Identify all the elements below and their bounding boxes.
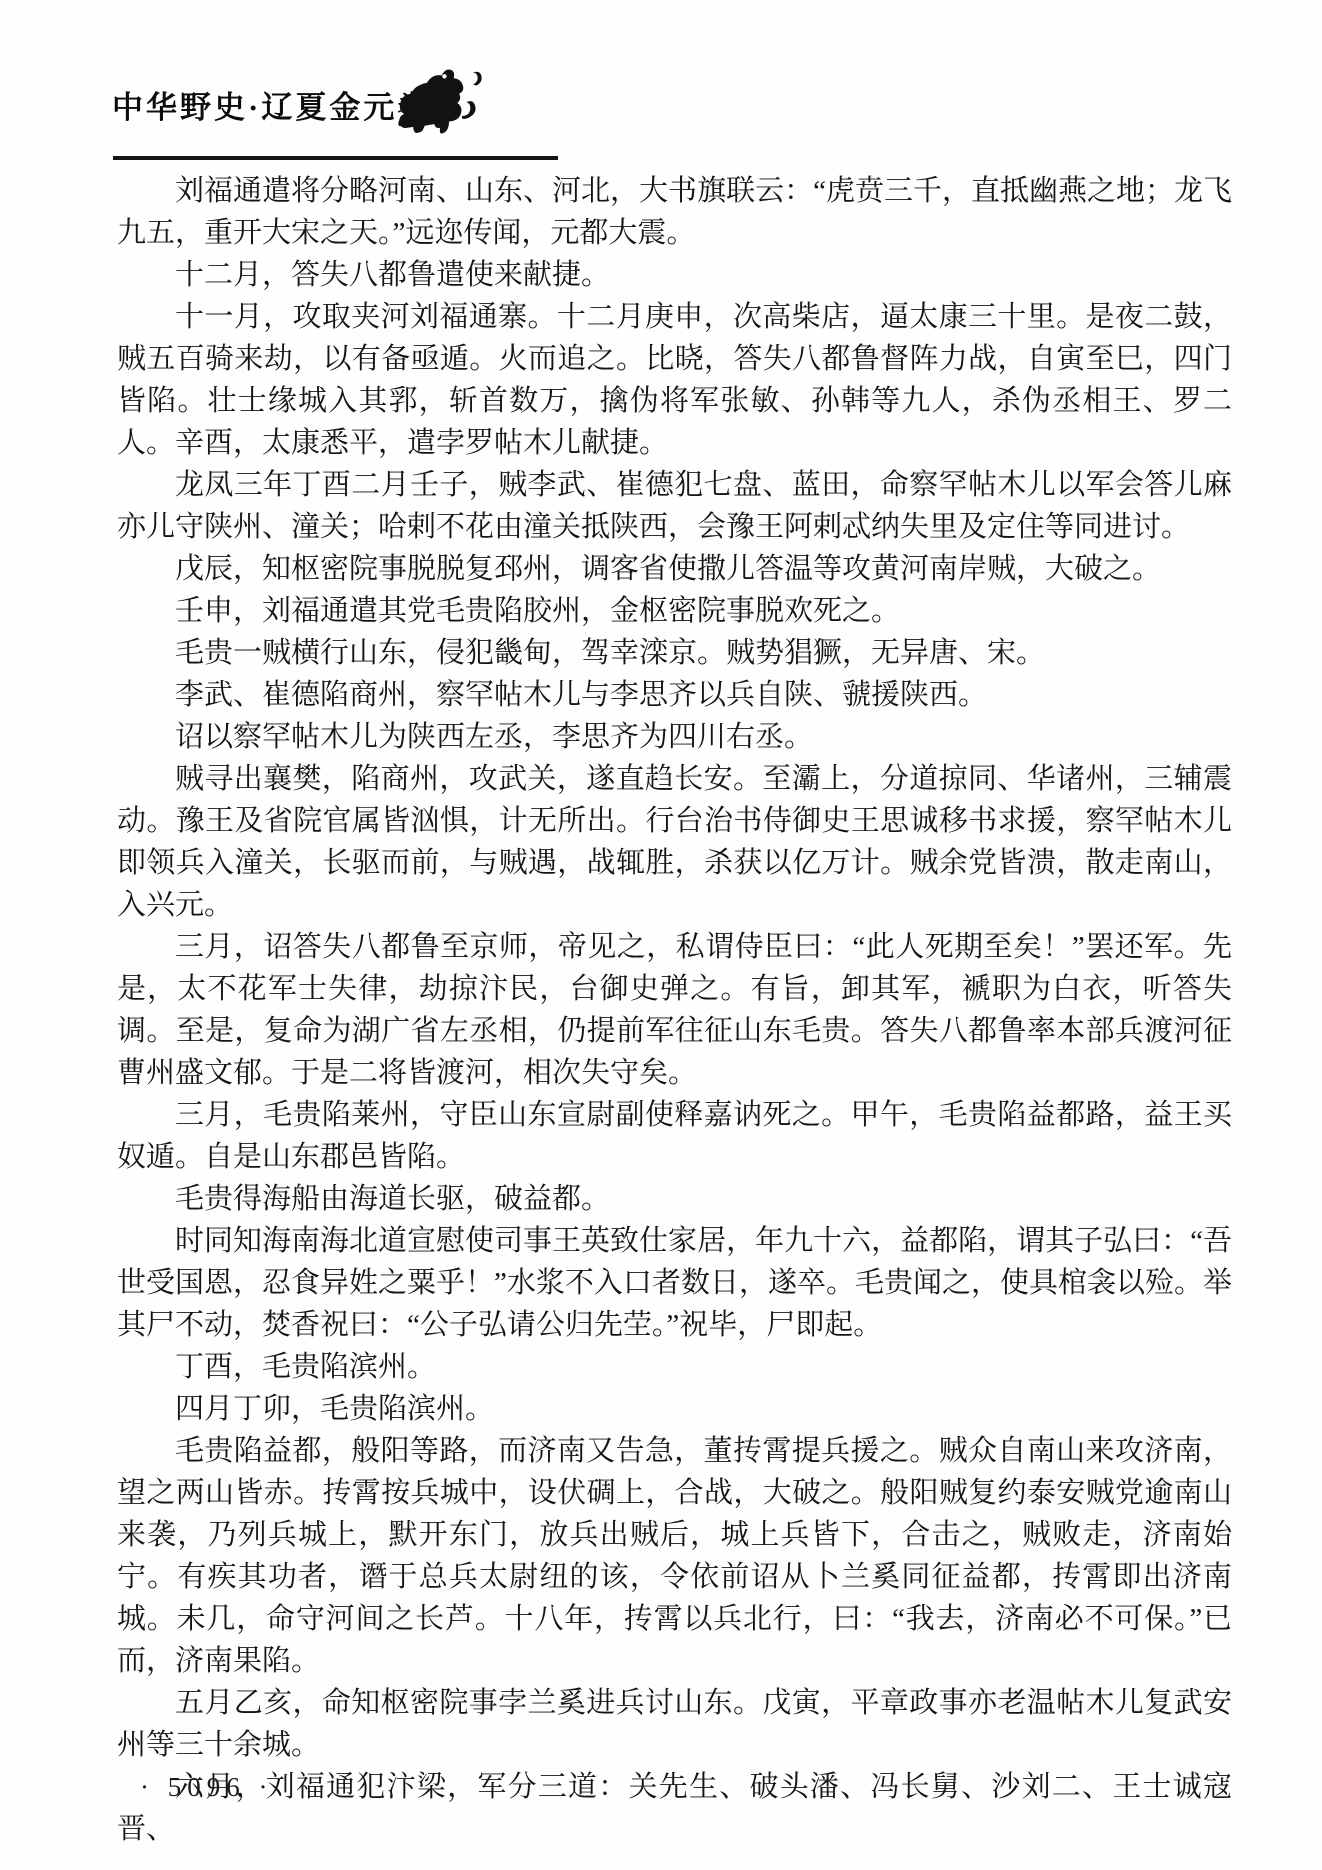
paragraph: 诏以察罕帖木儿为陕西左丞，李思齐为四川右丞。 bbox=[117, 716, 1232, 758]
paragraph: 三月，毛贵陷莱州，守臣山东宣尉副使释嘉讷死之。甲午，毛贵陷益都路，益王买奴遁。自… bbox=[117, 1094, 1232, 1178]
paragraph: 六月，刘福通犯汴梁，军分三道：关先生、破头潘、冯长舅、沙刘二、王士诚寇晋、 bbox=[117, 1766, 1232, 1850]
paragraph: 李武、崔德陷商州，察罕帖木儿与李思齐以兵自陕、虢援陕西。 bbox=[117, 674, 1232, 716]
paragraph: 戊辰，知枢密院事脱脱复邳州，调客省使撒儿答温等攻黄河南岸贼，大破之。 bbox=[117, 548, 1232, 590]
paragraph: 十二月，答失八都鲁遣使来献捷。 bbox=[117, 254, 1232, 296]
page-number: · 5096 · bbox=[140, 1772, 273, 1803]
paragraph: 四月丁卯，毛贵陷滨州。 bbox=[117, 1388, 1232, 1430]
paragraph: 丁酉，毛贵陷滨州。 bbox=[117, 1346, 1232, 1388]
paragraph: 三月，诏答失八都鲁至京师，帝见之，私谓侍臣曰：“此人死期至矣！”罢还军。先是，太… bbox=[117, 926, 1232, 1094]
body-text: 刘福通遣将分略河南、山东、河北，大书旗联云：“虎贲三千，直抵幽燕之地；龙飞九五，… bbox=[117, 170, 1232, 1850]
paragraph: 毛贵陷益都，般阳等路，而济南又告急，董抟霄提兵援之。贼众自南山来攻济南，望之两山… bbox=[117, 1430, 1232, 1682]
book-page: 中华野史·辽夏金元卷 刘福通遣将分略河南、山东、河北，大书旗联云：“虎贲三千，直… bbox=[0, 0, 1322, 1870]
paragraph: 五月乙亥，命知枢密院事孛兰奚进兵讨山东。戊寅，平章政事亦老温帖木儿复武安州等三十… bbox=[117, 1682, 1232, 1766]
paragraph: 十一月，攻取夹河刘福通寨。十二月庚申，次高柴店，逼太康三十里。是夜二鼓，贼五百骑… bbox=[117, 296, 1232, 464]
paragraph: 时同知海南海北道宣慰使司事王英致仕家居，年九十六，益都陷，谓其子弘曰：“吾世受国… bbox=[117, 1220, 1232, 1346]
paragraph: 龙凤三年丁酉二月壬子，贼李武、崔德犯七盘、蓝田，命察罕帖木儿以军会答儿麻亦儿守陕… bbox=[117, 464, 1232, 548]
paragraph: 贼寻出襄樊，陷商州，攻武关，遂直趋长安。至灞上，分道掠同、华诸州，三辅震动。豫王… bbox=[117, 758, 1232, 926]
paragraph: 毛贵一贼横行山东，侵犯畿甸，驾幸滦京。贼势猖獗，无异唐、宋。 bbox=[117, 632, 1232, 674]
header-rule bbox=[113, 156, 558, 160]
paragraph: 壬申，刘福通遣其党毛贵陷胶州，金枢密院事脱欢死之。 bbox=[117, 590, 1232, 632]
running-header-title: 中华野史·辽夏金元卷 bbox=[112, 82, 431, 127]
paragraph: 刘福通遣将分略河南、山东、河北，大书旗联云：“虎贲三千，直抵幽燕之地；龙飞九五，… bbox=[117, 170, 1232, 254]
paragraph: 毛贵得海船由海道长驱，破益都。 bbox=[117, 1178, 1232, 1220]
dragon-ornament-icon bbox=[392, 66, 484, 140]
